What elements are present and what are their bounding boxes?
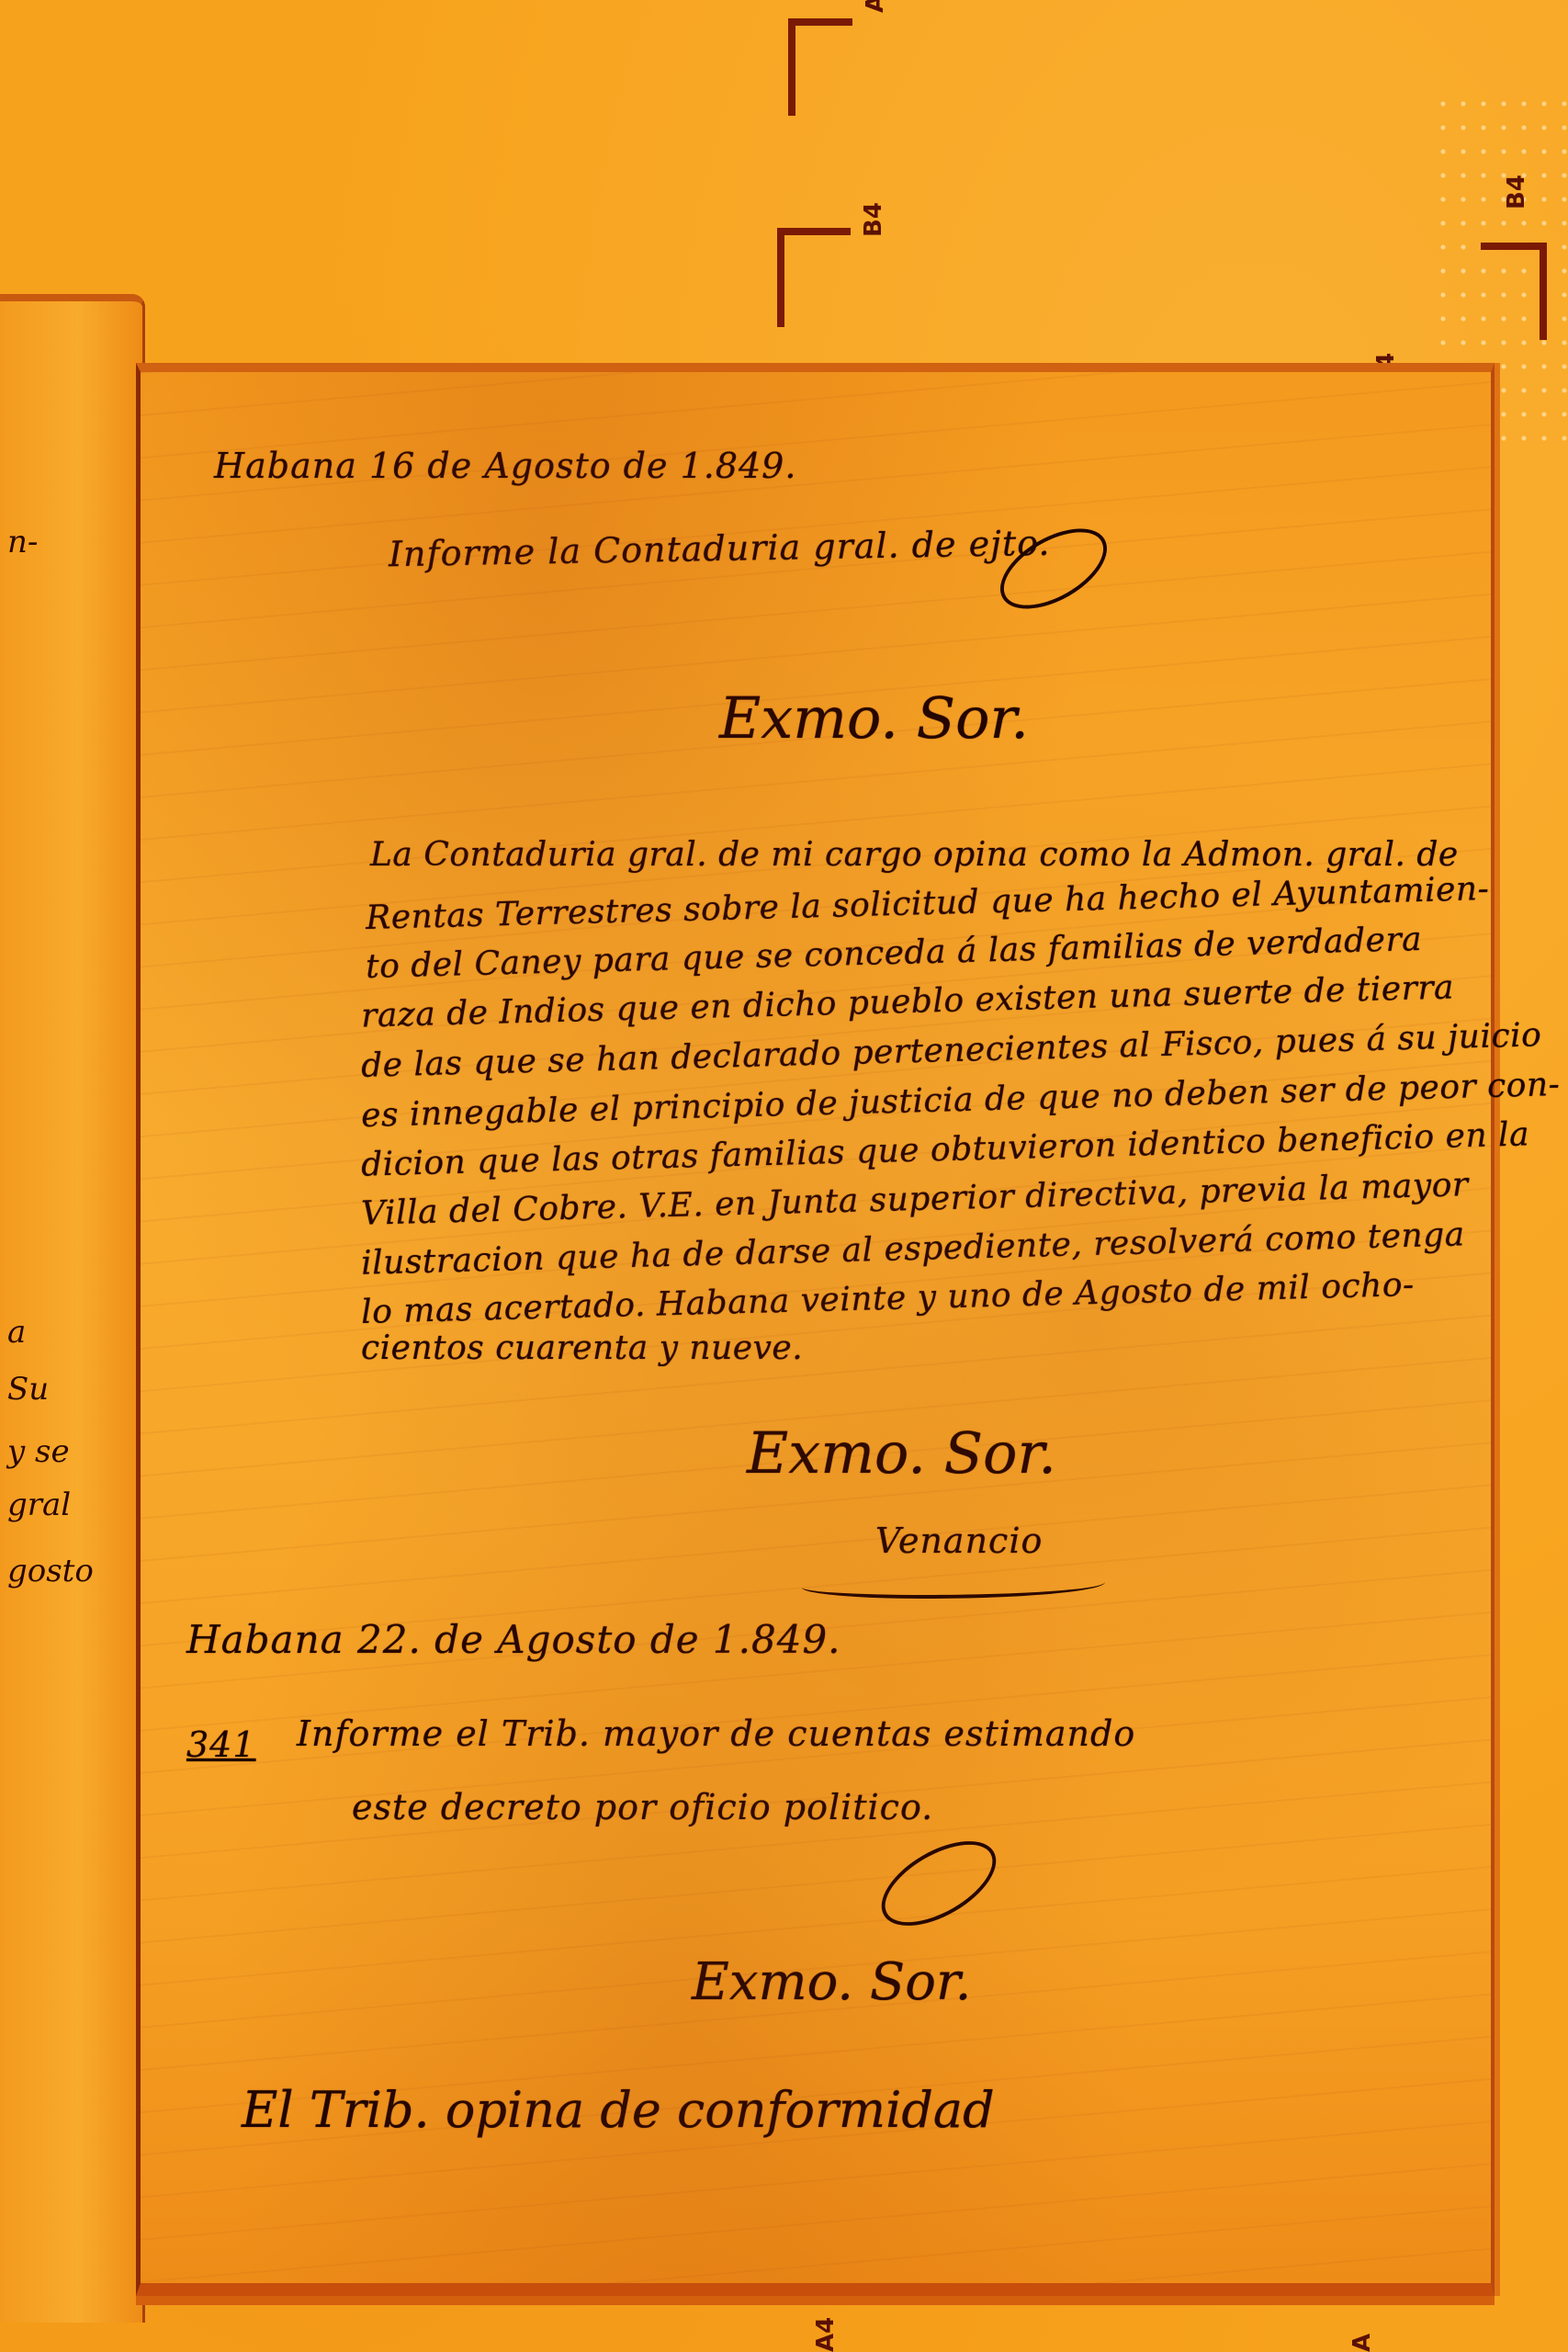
final-line: El Trib. opina de conformidad (242, 2081, 995, 2139)
left-margin-text: gral (7, 1487, 71, 1523)
left-margin-text: a (7, 1314, 26, 1351)
crop-label-a4-bottom: A4 (812, 2317, 840, 2352)
crop-label-a-bottom-right: A (1348, 2334, 1376, 2352)
signature: Venancio (875, 1521, 1043, 1561)
left-facing-page (0, 294, 145, 2323)
signature-flourish (802, 1571, 1105, 1599)
crop-mark-top (788, 18, 852, 116)
crop-label-b4: B4 (860, 202, 887, 237)
closing-salutation: Exmo. Sor. (747, 1419, 1056, 1487)
header-note-order: Informe la Contaduria gral. de ejto. (389, 523, 1051, 575)
left-margin-text: gosto (7, 1553, 94, 1589)
second-note-order: Informe el Trib. mayor de cuentas estima… (297, 1713, 1135, 1754)
left-margin-text: y se (7, 1433, 70, 1470)
body-line: La Contaduria gral. de mi cargo opina co… (370, 836, 1459, 874)
body-line: cientos cuarenta y nueve. (361, 1329, 803, 1367)
second-note-date: Habana 22. de Agosto de 1.849. (186, 1617, 841, 1662)
crop-label-top: A (862, 0, 889, 13)
manuscript-sheet: Habana 16 de Agosto de 1.849. Informe la… (136, 363, 1495, 2296)
second-note-order-cont: este decreto por oficio politico. (352, 1787, 933, 1827)
crop-label-b4-right: B4 (1503, 175, 1530, 209)
crop-mark-right (1481, 243, 1547, 340)
header-note-date: Habana 16 de Agosto de 1.849. (214, 446, 796, 486)
crop-mark-b4 (777, 228, 851, 327)
left-margin-text: Su (7, 1371, 49, 1408)
left-margin-text: n- (7, 524, 38, 560)
salutation: Exmo. Sor. (719, 684, 1029, 752)
second-note-number: 341 (186, 1724, 256, 1765)
third-salutation: Exmo. Sor. (692, 1952, 971, 2012)
rubric-flourish (868, 1824, 1010, 1943)
